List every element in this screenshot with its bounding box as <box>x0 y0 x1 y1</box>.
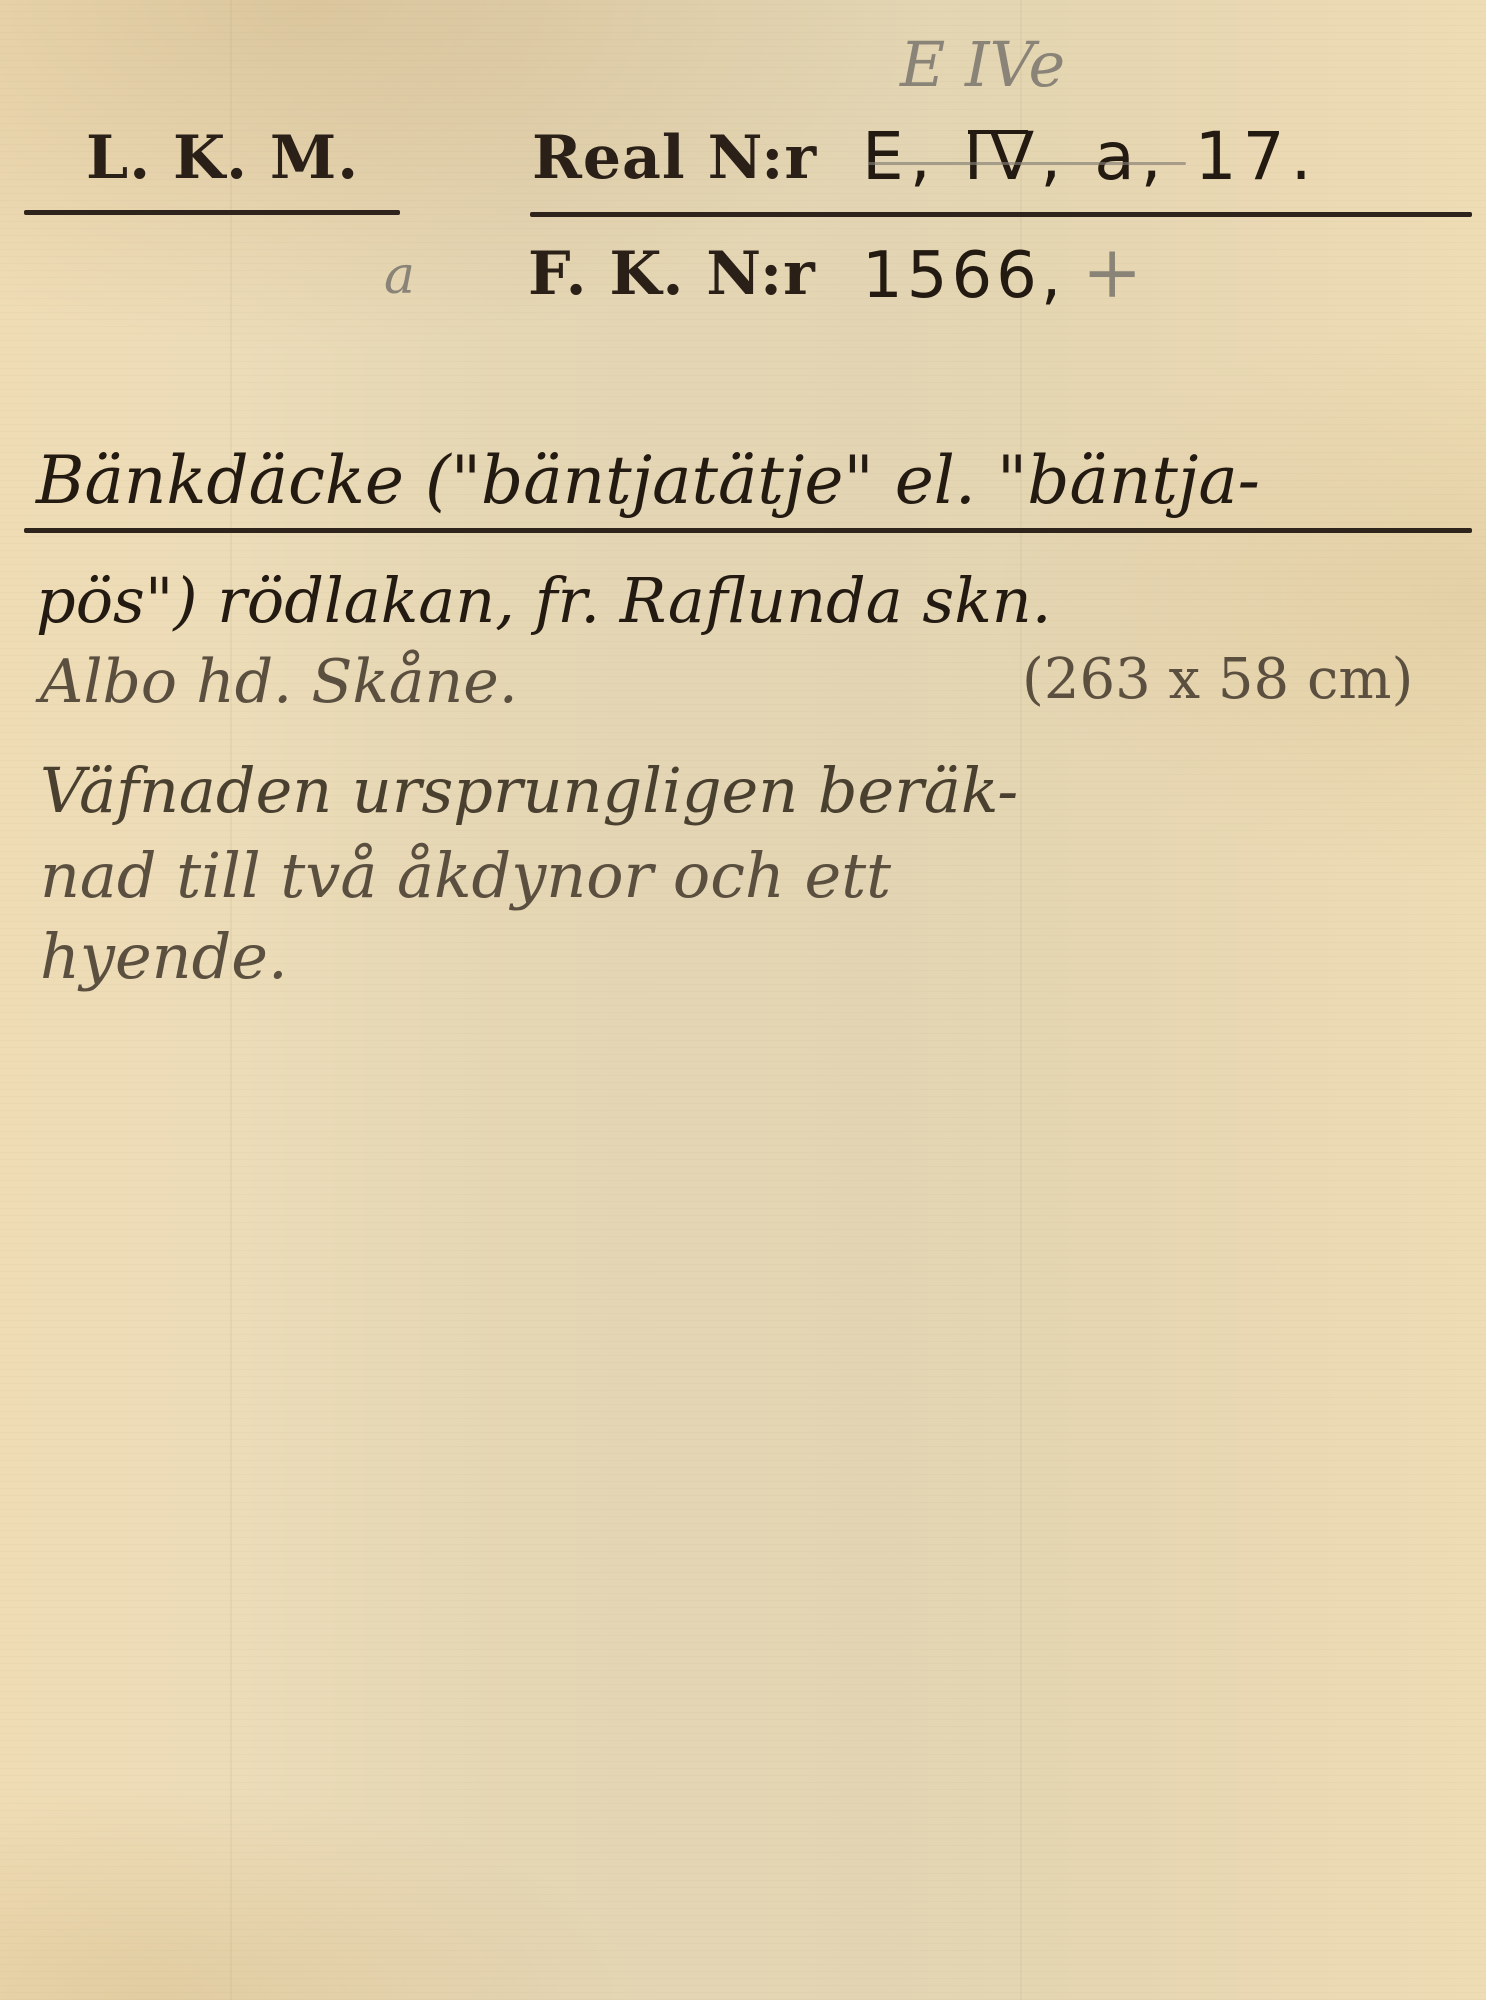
header-rule-left <box>24 210 400 215</box>
fk-pencil-mark: + <box>1082 236 1142 308</box>
description-line-2: pös") rödlakan, fr. Raflunda skn. <box>36 570 1051 632</box>
object-title-line: Bänkdäcke ("bäntjatätje" el. "bäntja- <box>36 448 1260 514</box>
dimensions: (263 x 58 cm) <box>1022 652 1413 708</box>
paper-fold <box>230 0 232 2000</box>
fk-number-value: 1566, <box>862 244 1065 308</box>
catalog-card: L. K. M. Real N:r E, IV, a, 17. E IVe a … <box>0 0 1486 2000</box>
margin-pencil-mark: a <box>384 250 415 302</box>
institution-label: L. K. M. <box>86 128 359 188</box>
roman-numeral-overline <box>968 130 1028 134</box>
real-number-strikethrough <box>868 162 1186 165</box>
description-line-3: Albo hd. Skåne. <box>40 652 518 712</box>
note-line-3: hyende. <box>40 926 288 988</box>
header-rule-right <box>530 212 1472 217</box>
fk-number-label: F. K. N:r <box>528 244 816 304</box>
real-number-label: Real N:r <box>532 128 817 188</box>
real-number-pencil-correction: E IVe <box>900 34 1065 96</box>
note-line-2: nad till två åkdynor och ett <box>40 845 891 907</box>
title-underline <box>24 528 1472 533</box>
note-line-1: Väfnaden ursprungligen beräk- <box>40 760 1018 822</box>
real-number-value: E, IV, a, 17. <box>862 124 1318 190</box>
